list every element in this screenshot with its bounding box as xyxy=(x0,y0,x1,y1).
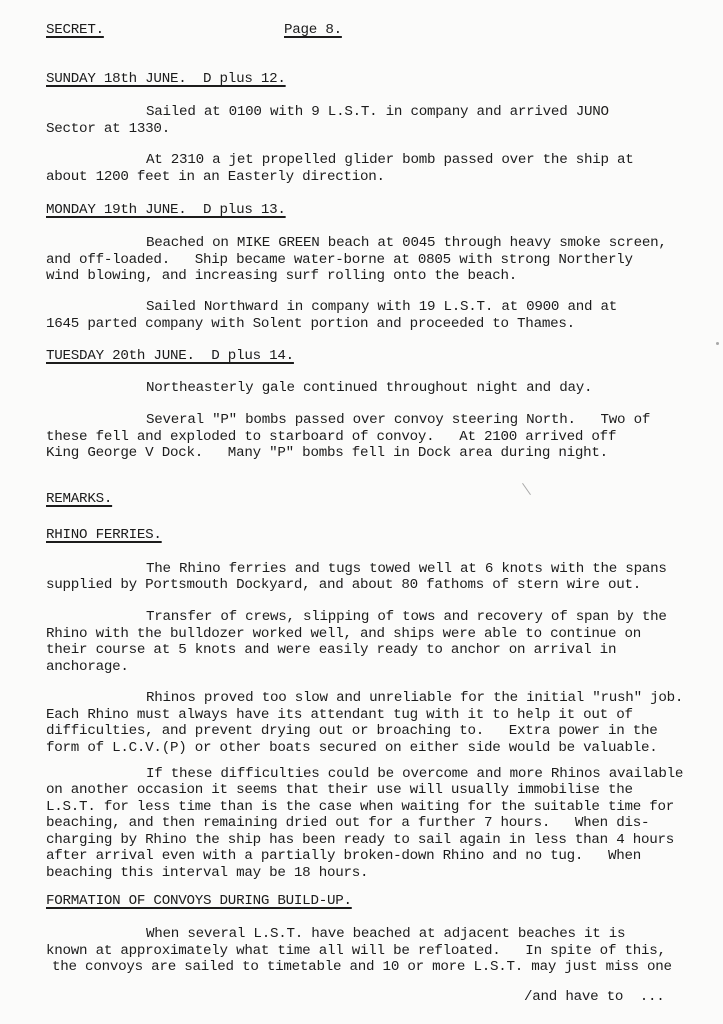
paragraph-line: 1645 parted company with Solent portion … xyxy=(46,316,575,333)
scan-artifact xyxy=(716,342,719,345)
remarks-heading: REMARKS. xyxy=(46,491,112,508)
subsection-heading-convoys: FORMATION OF CONVOYS DURING BUILD-UP. xyxy=(46,893,352,910)
paragraph-line: anchorage. xyxy=(46,659,129,676)
paragraph-line: their course at 5 knots and were easily … xyxy=(46,642,616,659)
paragraph-line: wind blowing, and increasing surf rollin… xyxy=(46,268,517,285)
paragraph-line: Northeasterly gale continued throughout … xyxy=(146,380,592,397)
paragraph-line: At 2310 a jet propelled glider bomb pass… xyxy=(146,152,634,169)
paragraph-line: The Rhino ferries and tugs towed well at… xyxy=(146,561,667,578)
paragraph-line: beaching this interval may be 18 hours. xyxy=(46,865,368,882)
paragraph-line: the convoys are sailed to timetable and … xyxy=(52,959,672,976)
paragraph-line: Rhino with the bulldozer worked well, an… xyxy=(46,626,641,643)
section-heading-tuesday: TUESDAY 20th JUNE. D plus 14. xyxy=(46,348,294,365)
paragraph-line: Rhinos proved too slow and unreliable fo… xyxy=(146,690,683,707)
paragraph-line: King George V Dock. Many "P" bombs fell … xyxy=(46,445,608,462)
paragraph-line: Transfer of crews, slipping of tows and … xyxy=(146,609,667,626)
paragraph-line: When several L.S.T. have beached at adja… xyxy=(146,926,625,943)
paragraph-line: these fell and exploded to starboard of … xyxy=(46,429,616,446)
continuation-marker: /and have to ... xyxy=(524,989,665,1006)
paragraph-line: on another occasion it seems that their … xyxy=(46,782,633,799)
paragraph-line: supplied by Portsmouth Dockyard, and abo… xyxy=(46,577,641,594)
paragraph-line: and off-loaded. Ship became water-borne … xyxy=(46,252,633,269)
paragraph-line: Sector at 1330. xyxy=(46,121,170,138)
paragraph-line: about 1200 feet in an Easterly direction… xyxy=(46,169,385,186)
paragraph-line: beaching, and then remaining dried out f… xyxy=(46,815,649,832)
page-number: Page 8. xyxy=(284,22,342,39)
paragraph-line: known at approximately what time all wil… xyxy=(46,943,666,960)
classification-marking: SECRET. xyxy=(46,22,104,39)
paragraph-line: L.S.T. for less time than is the case wh… xyxy=(46,799,674,816)
paragraph-line: Sailed at 0100 with 9 L.S.T. in company … xyxy=(146,104,609,121)
section-heading-monday: MONDAY 19th JUNE. D plus 13. xyxy=(46,202,286,219)
paragraph-line: charging by Rhino the ship has been read… xyxy=(46,832,674,849)
section-heading-sunday: SUNDAY 18th JUNE. D plus 12. xyxy=(46,71,286,88)
document-page: SECRET. Page 8. SUNDAY 18th JUNE. D plus… xyxy=(0,0,723,1024)
paragraph-line: Each Rhino must always have its attendan… xyxy=(46,707,633,724)
subsection-heading-rhino-ferries: RHINO FERRIES. xyxy=(46,527,162,544)
paragraph-line: form of L.C.V.(P) or other boats secured… xyxy=(46,740,658,757)
paragraph-line: If these difficulties could be overcome … xyxy=(146,766,683,783)
paragraph-line: after arrival even with a partially brok… xyxy=(46,848,641,865)
scan-artifact xyxy=(522,483,531,495)
paragraph-line: Several "P" bombs passed over convoy ste… xyxy=(146,412,650,429)
paragraph-line: Beached on MIKE GREEN beach at 0045 thro… xyxy=(146,235,667,252)
paragraph-line: difficulties, and prevent drying out or … xyxy=(46,723,658,740)
paragraph-line: Sailed Northward in company with 19 L.S.… xyxy=(146,299,617,316)
